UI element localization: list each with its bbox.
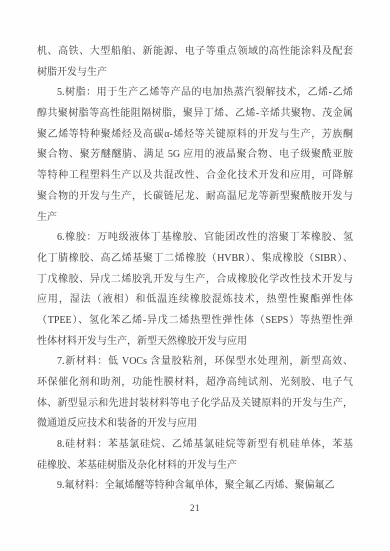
- document-page: 机、高铁、大型船舶、新能源、电子等重点领域的高性能涂料及配套树脂开发与生产5.树…: [0, 0, 390, 551]
- text-line: 9.氟材料：全氟烯醚等特种含氟单体，聚全氟乙丙烯、聚偏氟乙: [37, 476, 353, 497]
- text-line: 丁戊橡胶、异戊二烯胶乳开发与生产，合成橡胶化学改性技术开发与: [37, 270, 353, 291]
- text-line: 性体材料开发与生产，新型天然橡胶开发与应用: [37, 332, 353, 353]
- text-line: 环保催化剂和助剂，功能性膜材料，超净高纯试剂、光刻胶、电子气: [37, 373, 353, 394]
- text-line: 聚合物、聚芳醚醚腈、满足 5G 应用的液晶聚合物、电子级聚酰亚胺: [37, 145, 353, 166]
- text-line: 6.橡胶：万吨级液体丁基橡胶、官能团改性的溶聚丁苯橡胶、氢: [37, 228, 353, 249]
- text-line: 等特种工程塑料生产以及共混改性、合金化技术开发和应用，可降解: [37, 166, 353, 187]
- page-number: 21: [190, 503, 200, 513]
- text-line: 聚乙烯等特种聚烯烃及高碳α-烯烃等关键原料的开发与生产，芳族酮: [37, 125, 353, 146]
- text-line: 化丁腈橡胶、高乙烯基聚丁二烯橡胶（HVBR）、集成橡胶（SIBR）、: [37, 249, 353, 270]
- text-line: 机、高铁、大型船舶、新能源、电子等重点领域的高性能涂料及配套: [37, 42, 353, 63]
- text-line: 5.树脂：用于生产乙烯等产品的电加热蒸汽裂解技术，乙烯-乙烯: [37, 83, 353, 104]
- text-line: 聚合物的开发与生产，长碳链尼龙、耐高温尼龙等新型聚酰胺开发与: [37, 187, 353, 208]
- text-line: 体、新型显示和先进封装材料等电子化学品及关键原料的开发与生产，: [37, 394, 353, 415]
- page-body: 机、高铁、大型船舶、新能源、电子等重点领域的高性能涂料及配套树脂开发与生产5.树…: [37, 42, 353, 497]
- text-line: （TPEE）、氢化苯乙烯-异戊二烯热塑性弹性体（SEPS）等热塑性弹: [37, 311, 353, 332]
- text-line: 生产: [37, 208, 353, 229]
- text-line: 树脂开发与生产: [37, 63, 353, 84]
- text-line: 8.硅材料：苯基氯硅烷、乙烯基氯硅烷等新型有机硅单体，苯基: [37, 435, 353, 456]
- text-line: 硅橡胶、苯基硅树脂及杂化材料的开发与生产: [37, 456, 353, 477]
- text-line: 7.新材料：低 VOCs 含量胶粘剂，环保型水处理剂，新型高效、: [37, 352, 353, 373]
- text-line: 微通道反应技术和装备的开发与应用: [37, 414, 353, 435]
- text-line: 醇共聚树脂等高性能阻隔树脂，聚异丁烯、乙烯-辛烯共聚物、茂金属: [37, 104, 353, 125]
- page-footer: 21: [0, 498, 390, 516]
- text-line: 应用，湿法（液相）和低温连续橡胶混炼技术，热塑性聚酯弹性体: [37, 290, 353, 311]
